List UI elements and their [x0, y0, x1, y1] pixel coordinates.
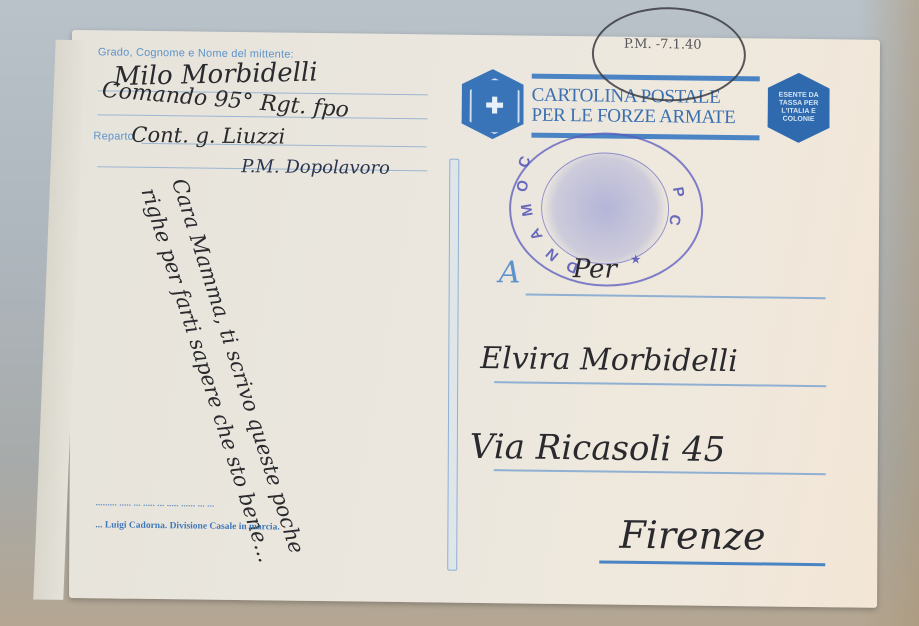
postcard: Grado, Cognome e Nome del mittente: Repa… [69, 30, 880, 608]
recipient-prefix: A [499, 255, 521, 290]
footnote-line-1: ......... ..... ... ..... ... ..... ....… [95, 498, 214, 509]
stamp-letter: M [518, 203, 537, 218]
stamp-letter: P [669, 186, 687, 199]
command-stamp-emblem [541, 152, 670, 266]
address-rule-3 [494, 469, 826, 475]
title-line-2: PER LE FORZE ARMATE [532, 106, 760, 129]
recipient-line-2: Elvira Morbidelli [480, 341, 738, 379]
handwritten-sender-unit: Cont. g. Liuzzi [131, 123, 285, 149]
handwritten-sender-line4: P.M. Dopolavoro [241, 156, 390, 179]
address-rule-1 [526, 294, 826, 299]
sender-unit-label: Reparto [93, 130, 134, 142]
stamp-letter: A [526, 225, 546, 243]
stamp-letter: C [515, 154, 535, 170]
recipient-line-3: Via Ricasoli 45 [470, 427, 726, 470]
stamp-letter: O [514, 179, 533, 194]
stamp-letter: C [665, 213, 684, 227]
exempt-text-4: COLONIE [783, 116, 815, 124]
center-divider [447, 159, 459, 571]
handwritten-message: Cara Mamma, ti scrivo queste poche righe… [133, 174, 328, 613]
recipient-line-1: Per [573, 254, 617, 285]
postage-exempt-box: ESENTE DA TASSA PER L'ITALIA E COLONIE [767, 73, 829, 144]
address-rule-4 [599, 560, 825, 566]
postmark-date-text: P.M. -7.1.40 [624, 37, 702, 53]
star-icon: ★ [631, 253, 641, 266]
address-rule-2 [494, 381, 826, 387]
footnote-line-2: ... Luigi Cadorna. Divisione Casale in m… [95, 520, 279, 532]
recipient-line-4: Firenze [619, 513, 765, 559]
